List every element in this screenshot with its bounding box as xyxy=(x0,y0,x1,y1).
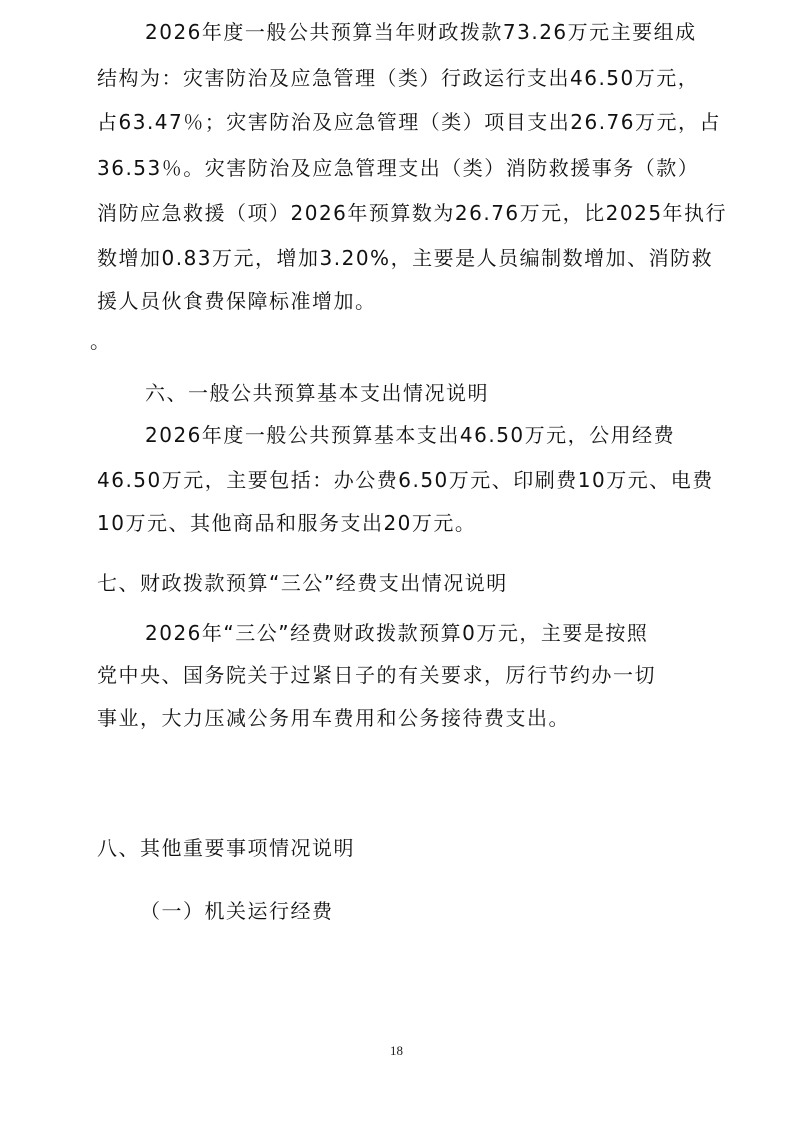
paragraph-line: 36.53％。灾害防治及应急管理支出（类）消防救援事务（款） xyxy=(97,155,699,181)
paragraph-line: 事业，大力压减公务用车费用和公务接待费支出。 xyxy=(97,705,570,731)
stray-punctuation: 。 xyxy=(90,328,112,354)
paragraph-line: 10万元、其他商品和服务支出20万元。 xyxy=(97,510,476,536)
paragraph-line: 46.50万元，主要包括：办公费6.50万元、印刷费10万元、电费 xyxy=(97,467,714,493)
paragraph-line: 占63.47％；灾害防治及应急管理（类）项目支出26.76万元，占 xyxy=(97,109,721,135)
section-heading-6: 六、一般公共预算基本支出情况说明 xyxy=(145,380,489,406)
section-heading-7: 七、财政拨款预算“三公”经费支出情况说明 xyxy=(97,570,508,596)
paragraph-line: 结构为：灾害防治及应急管理（类）行政运行支出46.50万元， xyxy=(97,65,699,91)
paragraph-line: 2026年“三公”经费财政拨款预算0万元，主要是按照 xyxy=(145,620,648,646)
paragraph-line: 党中央、国务院关于过紧日子的有关要求，厉行节约办一切 xyxy=(97,662,656,688)
paragraph-line: 援人员伙食费保障标准增加。 xyxy=(97,288,377,314)
paragraph-line: 2026年度一般公共预算当年财政拨款73.26万元主要组成 xyxy=(145,19,697,45)
paragraph-line: 消防应急救援（项）2026年预算数为26.76万元，比2025年执行 xyxy=(97,200,727,226)
subsection-heading: （一）机关运行经费 xyxy=(140,898,334,924)
page-number: 18 xyxy=(0,1043,793,1059)
section-heading-8: 八、其他重要事项情况说明 xyxy=(97,835,355,861)
paragraph-line: 2026年度一般公共预算基本支出46.50万元，公用经费 xyxy=(145,422,675,448)
paragraph-line: 数增加0.83万元，增加3.20%，主要是人员编制数增加、消防救 xyxy=(97,245,713,271)
